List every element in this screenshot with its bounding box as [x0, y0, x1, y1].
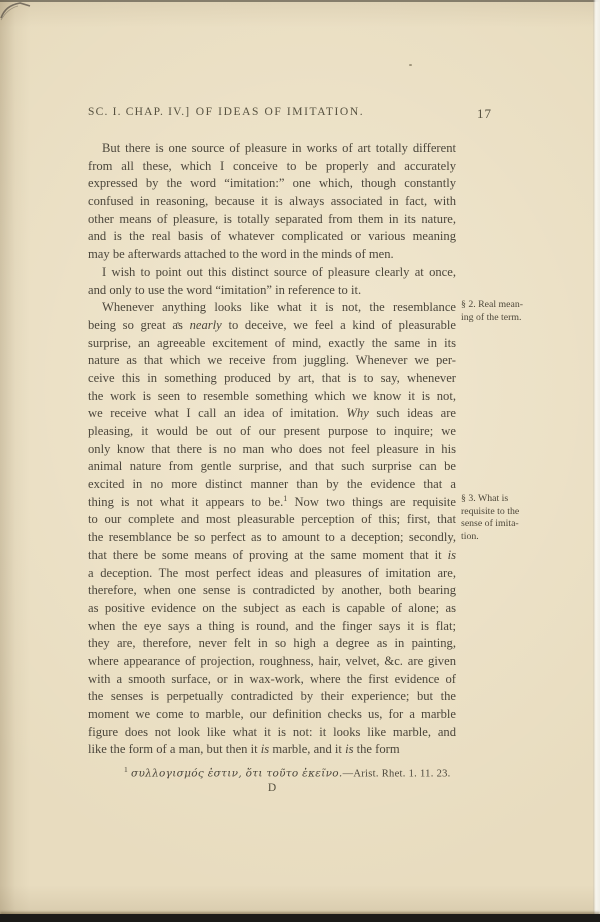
text-line: when the eye says a thing is round, and … — [88, 618, 456, 636]
book-page-scan: SC. I. CHAP. IV.] OF IDEAS OF IMITATION.… — [0, 0, 600, 922]
running-header: SC. I. CHAP. IV.] OF IDEAS OF IMITATION.… — [0, 106, 600, 122]
text-line: a deception. The most perfect ideas and … — [88, 565, 456, 583]
margin-note-line: § 2. Real mean- — [461, 299, 561, 312]
text-line: Whenever anything looks like what it is … — [88, 299, 456, 317]
text-line: expressed by the word “imitation:” one w… — [88, 175, 456, 193]
text-line: nature as that which we receive from jug… — [88, 352, 456, 370]
footnote: 1 συλλογισμός ἐστιν, ὅτι τοῦτο ἐκεῖνο.—A… — [124, 765, 484, 780]
text-line: figure does not look like what it is not… — [88, 724, 456, 742]
text-line: to our complete and most pleasurable per… — [88, 511, 456, 529]
text-line: from all these, which I conceive to be p… — [88, 158, 456, 176]
text-line: the senses is perpetually contradicted b… — [88, 688, 456, 706]
margin-note-line: sense of imita- — [461, 518, 561, 531]
margin-note-line: requisite to the — [461, 506, 561, 519]
page-number: 17 — [477, 106, 492, 122]
text-line: may be afterwards attached to the word i… — [88, 246, 456, 264]
text-line: where appearance of projection, roughnes… — [88, 653, 456, 671]
text-line: thing is not what it appears to be.1 Now… — [88, 494, 456, 512]
text-line: excited in no more distinct manner than … — [88, 476, 456, 494]
corner-crease-mark — [0, 0, 34, 24]
text-line: therefore, when one sense is contradicte… — [88, 582, 456, 600]
text-line: But there is one source of pleasure in w… — [88, 140, 456, 158]
scan-edge-right — [593, 0, 600, 922]
scan-edge-bottom — [0, 914, 600, 922]
header-title: OF IDEAS OF IMITATION. — [196, 106, 364, 118]
signature-mark: D — [88, 782, 456, 794]
text-line: only know that there is no man who does … — [88, 441, 456, 459]
text-line: with a smooth surface, or in wax-work, w… — [88, 671, 456, 689]
text-line: we receive what I call an idea of imitat… — [88, 405, 456, 423]
text-line: the work is seen to resemble something w… — [88, 388, 456, 406]
text-line: I wish to point out this distinct source… — [88, 264, 456, 282]
text-line: and only to use the word “imitation” in … — [88, 282, 456, 300]
text-line: moment we come to marble, our definition… — [88, 706, 456, 724]
margin-note-line: § 3. What is — [461, 493, 561, 506]
text-line: they are, therefore, never felt in so hi… — [88, 635, 456, 653]
text-line: animal nature from gentle surprise, and … — [88, 458, 456, 476]
margin-note-section-3: § 3. What isrequisite to thesense of imi… — [461, 493, 561, 543]
text-line: like the form of a man, but then it is m… — [88, 741, 456, 759]
text-line: other means of pleasure, is totally sepa… — [88, 211, 456, 229]
text-line: surprise, an agreeable excitement of min… — [88, 335, 456, 353]
margin-note-section-2: § 2. Real mean-ing of the term. — [461, 299, 561, 324]
body-text: But there is one source of pleasure in w… — [88, 140, 456, 759]
text-line: the resemblance be so perfect as to amou… — [88, 529, 456, 547]
scan-edge-top — [0, 0, 600, 2]
text-line: that there be some means of proving at t… — [88, 547, 456, 565]
text-line: ceive this in something produced by art,… — [88, 370, 456, 388]
margin-note-line: ing of the term. — [461, 312, 561, 325]
paper-speck — [409, 64, 412, 66]
header-section-chapter: SC. I. CHAP. IV.] — [88, 106, 190, 118]
text-line: being so great as nearly to deceive, we … — [88, 317, 456, 335]
text-line: confused in reasoning, because it is alw… — [88, 193, 456, 211]
text-line: pleasing, it would be out of our present… — [88, 423, 456, 441]
text-line: as positive evidence on the subject as e… — [88, 600, 456, 618]
margin-note-line: tion. — [461, 531, 561, 544]
text-line: and is the real basis of whatever compli… — [88, 228, 456, 246]
